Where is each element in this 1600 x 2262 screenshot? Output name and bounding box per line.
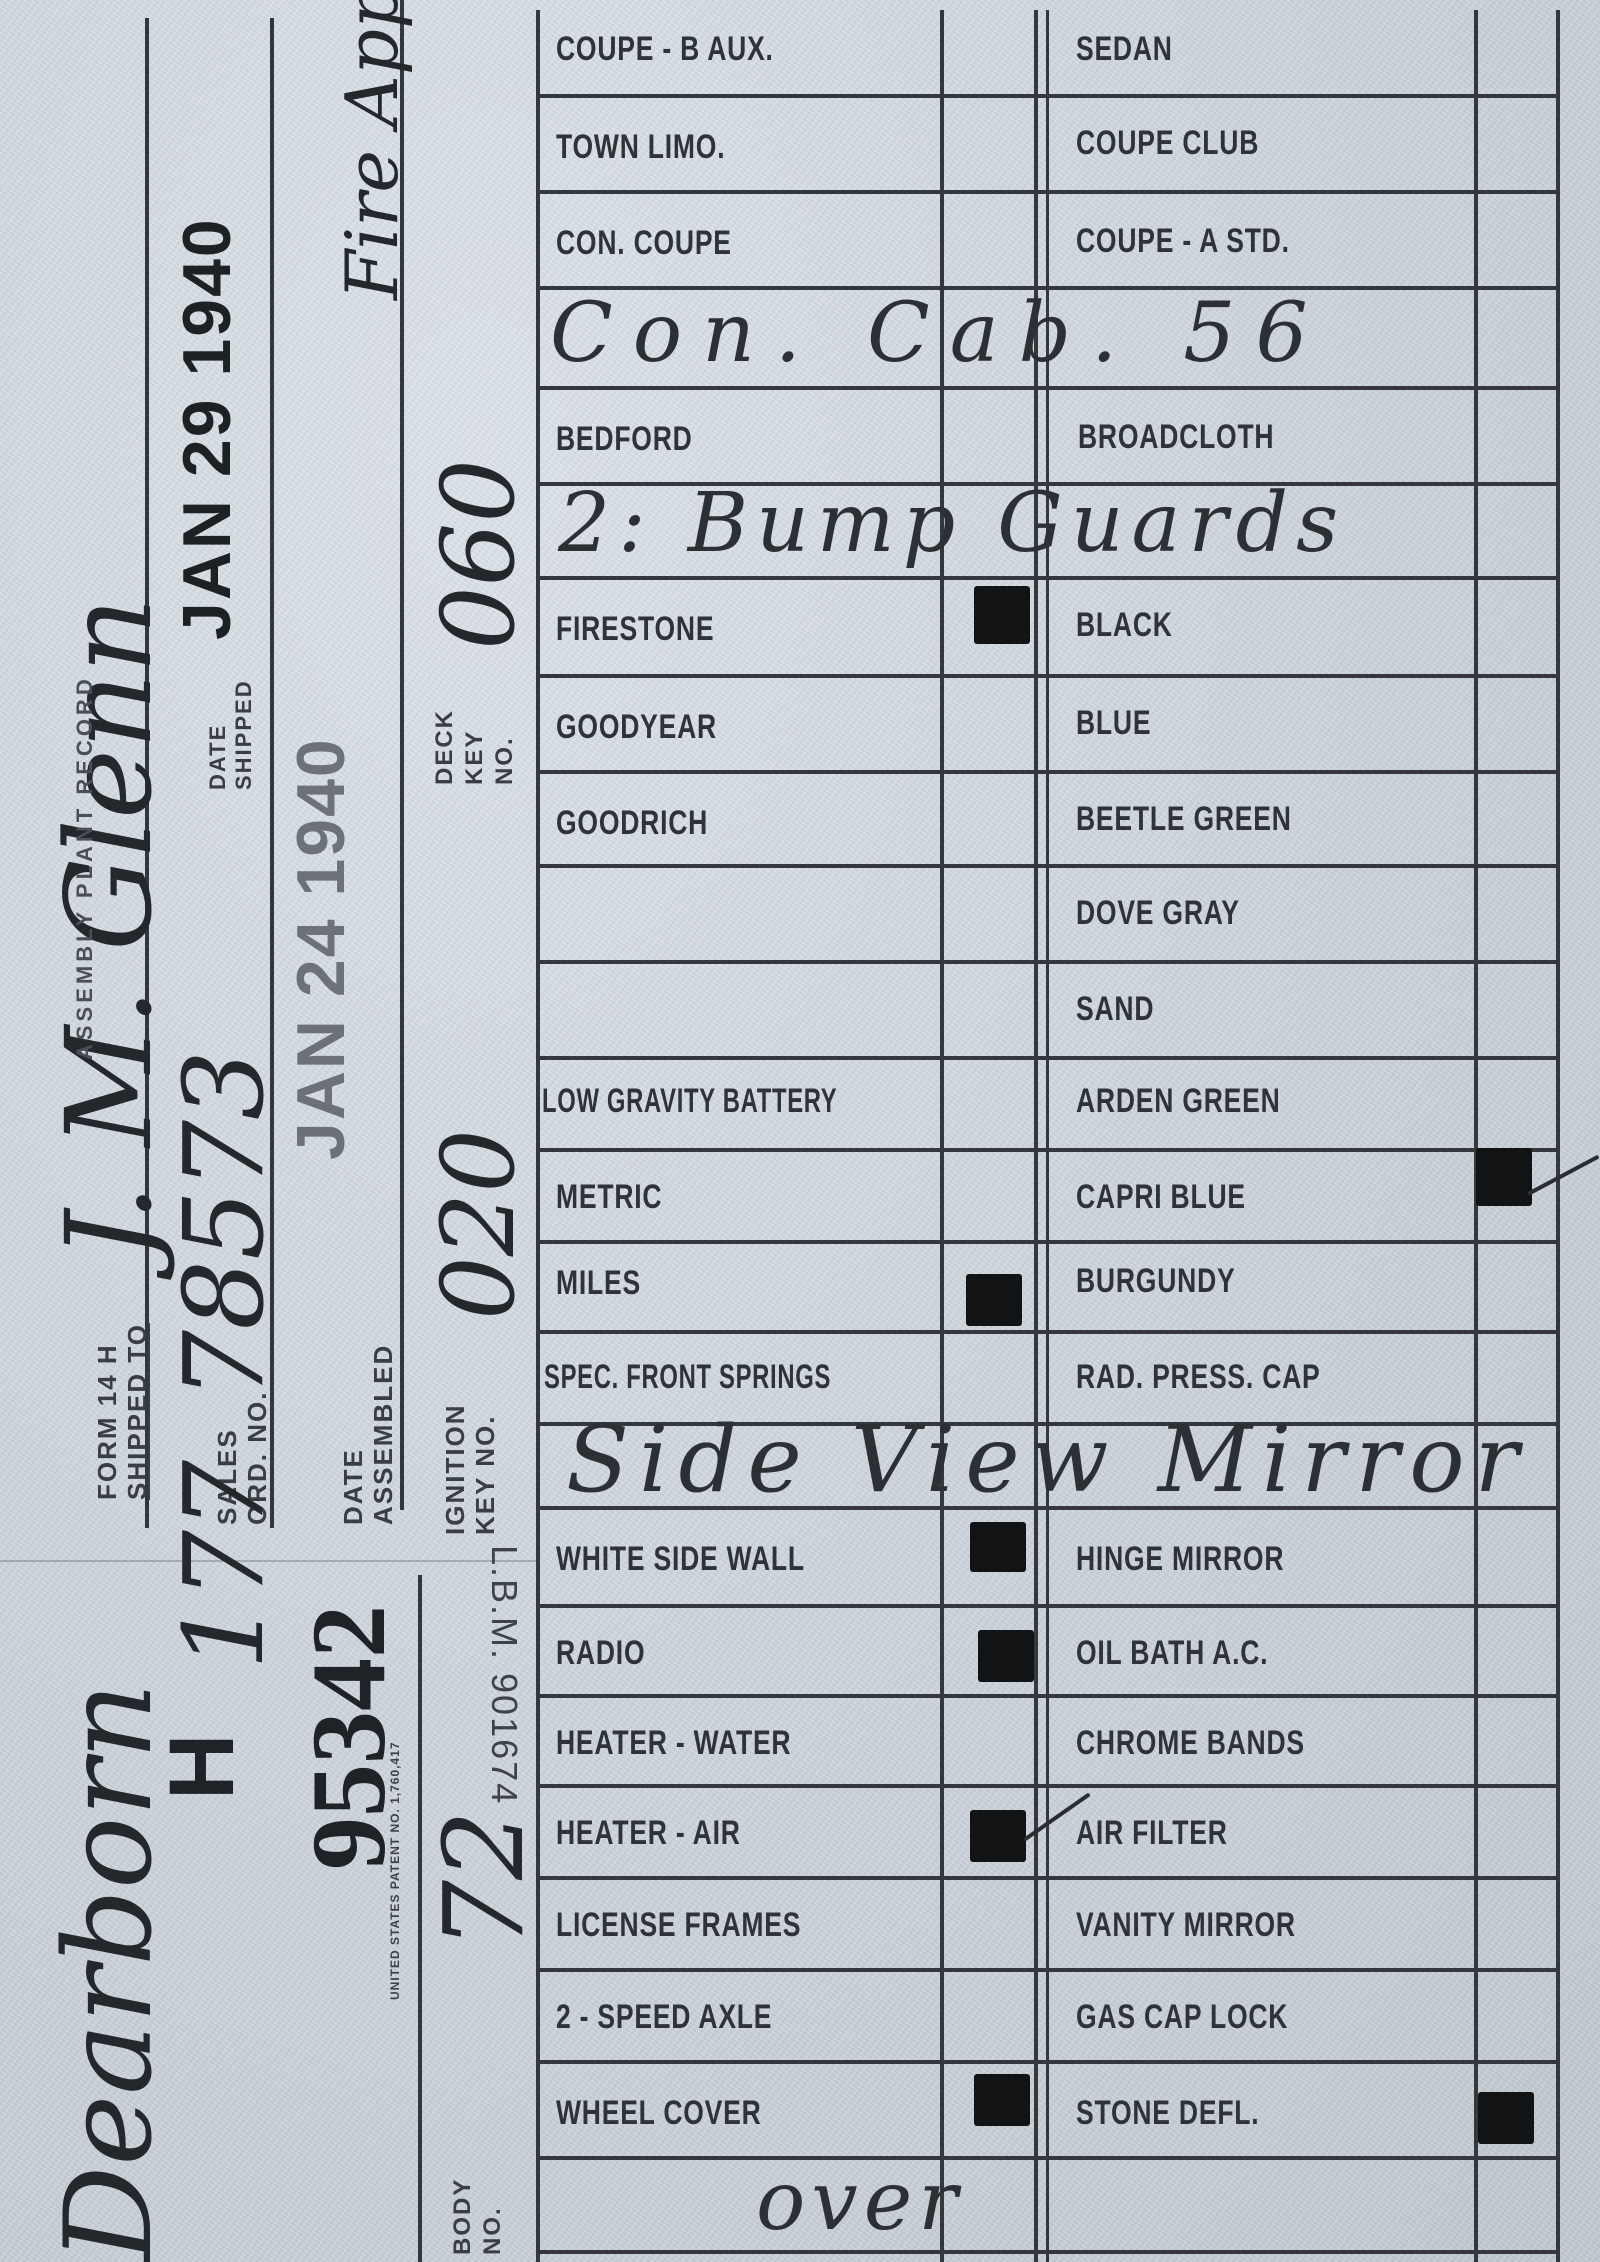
checkbox-filled[interactable] <box>1476 1148 1532 1206</box>
sales-ord-no-value: 78573 <box>160 1050 288 1400</box>
checklist-row: HEATER - WATER CHROME BANDS <box>536 1698 1560 1788</box>
top-annotation: Fire App 103 <box>330 0 414 300</box>
option-town-limo[interactable]: TOWN LIMO. <box>556 128 725 167</box>
option-2-speed-axle[interactable]: 2 - SPEED AXLE <box>556 1998 772 2037</box>
option-low-gravity-battery[interactable]: LOW GRAVITY BATTERY <box>542 1082 837 1121</box>
date-shipped-value: JAN 29 1940 <box>168 217 246 640</box>
option-burgundy[interactable]: BURGUNDY <box>1076 1262 1235 1301</box>
checklist-row: BEDFORD BROADCLOTH <box>536 390 1560 486</box>
option-license-frames[interactable]: LICENSE FRAMES <box>556 1906 801 1945</box>
checklist-row-handwritten: over <box>536 2160 1560 2254</box>
checkbox-filled[interactable] <box>974 2074 1030 2126</box>
checklist-row: HEATER - AIR AIR FILTER <box>536 1788 1560 1880</box>
option-wheel-cover[interactable]: WHEEL COVER <box>556 2094 762 2133</box>
checklist-row: DOVE GRAY <box>536 868 1560 964</box>
option-radio[interactable]: RADIO <box>556 1634 645 1673</box>
option-heater-air[interactable]: HEATER - AIR <box>556 1814 741 1853</box>
handwritten-body-type: Con. Cab. 56 <box>550 286 1328 381</box>
checklist-row: RADIO OIL BATH A.C. <box>536 1608 1560 1698</box>
checklist-row: LICENSE FRAMES VANITY MIRROR <box>536 1880 1560 1972</box>
option-black[interactable]: BLACK <box>1076 606 1173 645</box>
option-goodrich[interactable]: GOODRICH <box>556 804 708 843</box>
option-arden-green[interactable]: ARDEN GREEN <box>1076 1082 1281 1121</box>
checklist-row-handwritten: Con. Cab. 56 <box>536 290 1560 390</box>
option-white-side-wall[interactable]: WHITE SIDE WALL <box>556 1540 805 1579</box>
shipped-to-value: J. M. Glenn <box>40 597 178 1260</box>
date-assembled-value: JAN 24 1940 <box>282 737 360 1160</box>
date-shipped-label: DATE SHIPPED <box>205 670 257 790</box>
checklist-row: TOWN LIMO. COUPE CLUB <box>536 98 1560 194</box>
checkbox-filled[interactable] <box>970 1522 1026 1572</box>
option-air-filter[interactable]: AIR FILTER <box>1076 1814 1228 1853</box>
option-vanity-mirror[interactable]: VANITY MIRROR <box>1076 1906 1296 1945</box>
date-assembled-label: DATE ASSEMBLED <box>338 1325 398 1525</box>
checkbox-filled[interactable] <box>1478 2092 1534 2144</box>
checklist-row-handwritten: 2: Bump Guards <box>536 486 1560 580</box>
checklist-row: COUPE - B AUX. SEDAN <box>536 10 1560 98</box>
checklist-row: 2 - SPEED AXLE GAS CAP LOCK <box>536 1972 1560 2064</box>
option-oil-bath-ac[interactable]: OIL BATH A.C. <box>1076 1634 1268 1673</box>
factory-record-card: FORM 14 H SHIPPED TO J. M. Glenn ASSEMBL… <box>0 0 1600 2262</box>
option-coupe-a-std[interactable]: COUPE - A STD. <box>1076 222 1290 261</box>
handwritten-side-view-mirror: Side View Mirror <box>566 1406 1529 1513</box>
checkbox-filled[interactable] <box>978 1630 1034 1682</box>
serial-prefix: H <box>150 1734 255 1800</box>
handwritten-over: over <box>756 2154 963 2249</box>
assembly-plant-record-label: ASSEMBLY PLANT RECORD <box>72 675 98 1060</box>
checklist-row: METRIC CAPRI BLUE <box>536 1152 1560 1244</box>
option-sedan[interactable]: SEDAN <box>1076 30 1173 69</box>
deck-key-no-label: DECK KEY NO. <box>430 675 520 785</box>
deck-key-no-value: 060 <box>420 459 537 650</box>
option-metric[interactable]: METRIC <box>556 1178 662 1217</box>
checklist-grid: COUPE - B AUX. SEDAN TOWN LIMO. COUPE CL… <box>536 0 1560 2262</box>
checklist-row: SAND <box>536 964 1560 1060</box>
checklist-row: MILES BURGUNDY <box>536 1244 1560 1334</box>
dealer-number: 177 <box>160 1460 288 1670</box>
option-firestone[interactable]: FIRESTONE <box>556 610 714 649</box>
option-spec-front-springs[interactable]: SPEC. FRONT SPRINGS <box>544 1358 831 1397</box>
checkbox-filled[interactable] <box>974 586 1030 644</box>
body-no-value: 72 <box>420 1810 548 1950</box>
checklist-row: FIRESTONE BLACK <box>536 580 1560 678</box>
option-sand[interactable]: SAND <box>1076 990 1154 1029</box>
option-broadcloth[interactable]: BROADCLOTH <box>1078 418 1274 457</box>
checklist-row: GOODRICH BEETLE GREEN <box>536 774 1560 868</box>
option-hinge-mirror[interactable]: HINGE MIRROR <box>1076 1540 1284 1579</box>
option-bedford[interactable]: BEDFORD <box>556 420 693 459</box>
form-label: FORM 14 H <box>92 1343 122 1500</box>
body-no-label: BODY NO. <box>448 2175 508 2255</box>
option-con-coupe[interactable]: CON. COUPE <box>556 224 732 263</box>
ignition-key-no-value: 020 <box>420 1129 537 1320</box>
option-chrome-bands[interactable]: CHROME BANDS <box>1076 1724 1305 1763</box>
checklist-row-handwritten: Side View Mirror <box>536 1426 1560 1510</box>
checklist-row: CON. COUPE COUPE - A STD. <box>536 194 1560 290</box>
checklist-row: LOW GRAVITY BATTERY ARDEN GREEN <box>536 1060 1560 1152</box>
option-capri-blue[interactable]: CAPRI BLUE <box>1076 1178 1246 1217</box>
ignition-key-no-label: IGNITION KEY NO. <box>440 1375 500 1535</box>
checklist-row: WHEEL COVER STONE DEFL. <box>536 2064 1560 2160</box>
patent-text: UNITED STATES PATENT NO. 1,760,417 <box>388 1742 402 2001</box>
option-coupe-b-aux[interactable]: COUPE - B AUX. <box>556 30 774 69</box>
option-miles[interactable]: MILES <box>556 1264 641 1303</box>
option-blue[interactable]: BLUE <box>1076 704 1151 743</box>
option-dove-gray[interactable]: DOVE GRAY <box>1076 894 1240 933</box>
option-goodyear[interactable]: GOODYEAR <box>556 708 717 747</box>
checklist-row: GOODYEAR BLUE <box>536 678 1560 774</box>
checklist-row: WHITE SIDE WALL HINGE MIRROR <box>536 1510 1560 1608</box>
lbm-number: L.B.M. 901674 <box>483 1545 525 1805</box>
handwritten-bumper-guards: 2: Bump Guards <box>558 476 1346 571</box>
option-gas-cap-lock[interactable]: GAS CAP LOCK <box>1076 1998 1288 2037</box>
checkbox-filled[interactable] <box>966 1274 1022 1326</box>
option-heater-water[interactable]: HEATER - WATER <box>556 1724 791 1763</box>
tick-stroke <box>1527 1155 1600 1196</box>
option-stone-defl[interactable]: STONE DEFL. <box>1076 2094 1259 2133</box>
option-coupe-club[interactable]: COUPE CLUB <box>1076 124 1259 163</box>
option-rad-press-cap[interactable]: RAD. PRESS. CAP <box>1076 1358 1321 1397</box>
option-beetle-green[interactable]: BEETLE GREEN <box>1076 800 1292 839</box>
checkbox-filled[interactable] <box>970 1810 1026 1862</box>
shipped-to-label: SHIPPED TO <box>122 1323 152 1500</box>
